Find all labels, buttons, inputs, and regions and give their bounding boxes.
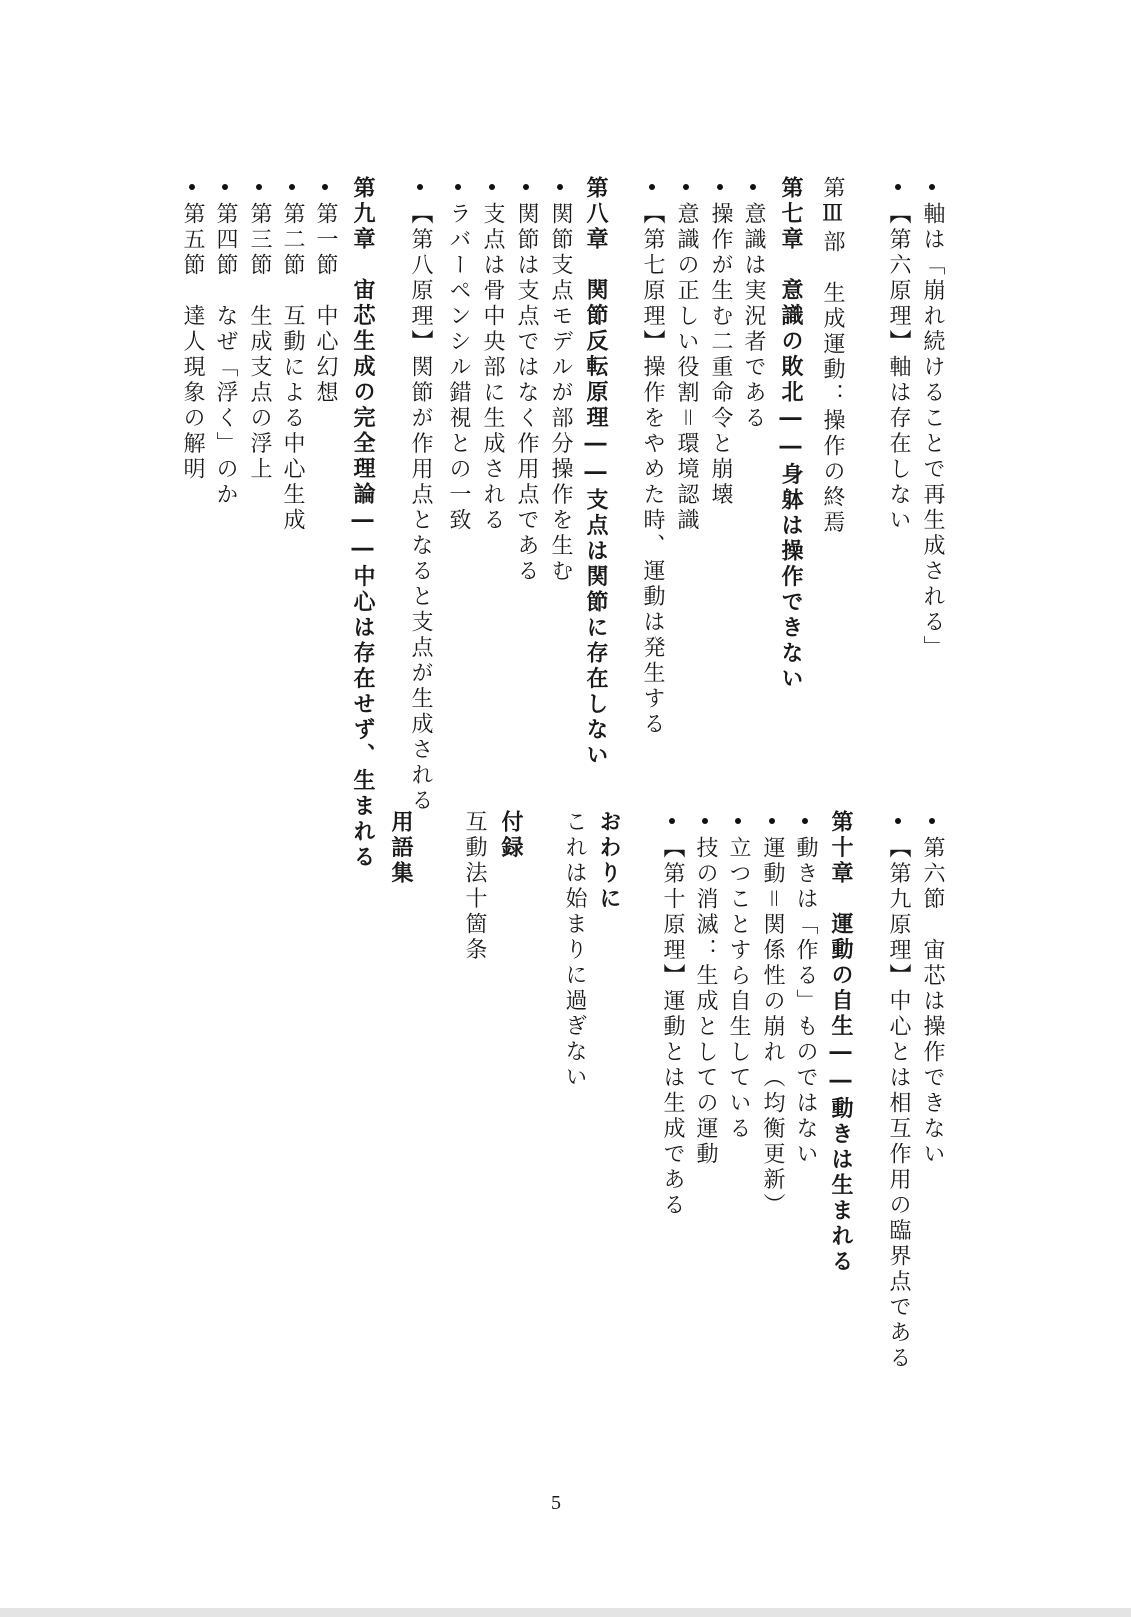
toc-entry-principle-7: 【第七原理】操作をやめた時、運動は発生する: [635, 202, 669, 738]
toc-entry-afterword-title: おわりに: [591, 810, 625, 912]
bullet-icon: [683, 184, 689, 190]
toc-entry-ch8-item-4: ラバーペンシル錯視との一致: [441, 202, 475, 534]
bullet-icon: [189, 184, 195, 190]
bullet-icon: [222, 184, 228, 190]
page-number: 5: [551, 1492, 561, 1515]
bullet-icon: [322, 184, 328, 190]
toc-entry-ch7-item-3: 意識の正しい役割＝環境認識: [669, 202, 703, 534]
toc-entry-ch7-item-1: 意識は実況者である: [736, 202, 770, 432]
toc-entry-ch10-item-2: 運動＝関係性の崩れ（均衡更新）: [755, 836, 789, 1219]
bullet-icon: [769, 818, 775, 824]
toc-entry-ch10-item-3: 立つことすら自生している: [721, 836, 755, 1142]
bullet-icon: [929, 184, 935, 190]
toc-entry-ch9-sec-3: 第三節 生成支点の浮上: [242, 202, 276, 483]
toc-entry-ch9-sec-2: 第二節 互動による中心生成: [275, 202, 309, 534]
toc-entry-ch7-item-2: 操作が生む二重命令と崩壊: [703, 202, 737, 508]
toc-entry-chapter-10: 第十章 運動の自生――動きは生まれる: [823, 810, 857, 1275]
toc-entry-chapter-9: 第九章 宙芯生成の完全理論――中心は存在せず、生まれる: [345, 176, 379, 871]
toc-entry-appendix-title: 付録: [493, 810, 527, 861]
toc-entry-principle-6: 【第六原理】軸は存在しない: [881, 202, 915, 534]
bullet-icon: [489, 184, 495, 190]
toc-entry-appendix-text: 互動法十箇条: [457, 810, 491, 963]
toc-entry-principle-10: 【第十原理】運動とは生成である: [655, 836, 689, 1219]
bullet-icon: [802, 818, 808, 824]
bullet-icon: [455, 184, 461, 190]
toc-entry-part-3: 第Ⅲ部 生成運動：操作の終焉: [815, 176, 849, 536]
bullet-icon: [256, 184, 262, 190]
bullet-icon: [289, 184, 295, 190]
bullet-icon: [750, 184, 756, 190]
page-bottom-edge: [0, 1608, 1131, 1617]
bullet-icon: [702, 818, 708, 824]
toc-entry-ch9-sec-4: 第四節 なぜ「浮く」のか: [208, 202, 242, 508]
toc-entry-ch8-item-3: 支点は骨中央部に生成される: [475, 202, 509, 534]
toc-entry-glossary-title: 用語集: [383, 810, 417, 887]
toc-entry-ch9-sec-5: 第五節 達人現象の解明: [175, 202, 209, 483]
bullet-icon: [417, 184, 423, 190]
toc-entry-afterword-text: これは始まりに過ぎない: [557, 810, 591, 1091]
bullet-icon: [717, 184, 723, 190]
bullet-icon: [895, 818, 901, 824]
toc-entry-ch9-sec-1: 第一節 中心幻想: [308, 202, 342, 406]
toc-entry-ch10-item-4: 技の消滅：生成としての運動: [688, 836, 722, 1168]
toc-entry-ch8-item-1: 関節支点モデルが部分操作を生む: [543, 202, 577, 585]
toc-entry-chapter-7: 第七章 意識の敗北――身躰は操作できない: [773, 176, 807, 692]
document-page: 軸は「崩れ続けることで再生成される」【第六原理】軸は存在しない第Ⅲ部 生成運動：…: [0, 0, 1131, 1608]
toc-entry-principle-8: 【第八原理】関節が作用点となると支点が生成される: [403, 202, 437, 814]
bullet-icon: [735, 818, 741, 824]
bullet-icon: [929, 818, 935, 824]
bullet-icon: [557, 184, 563, 190]
toc-entry-axis-regen: 軸は「崩れ続けることで再生成される」: [915, 202, 949, 661]
toc-entry-ch8-item-2: 関節は支点ではなく作用点である: [509, 202, 543, 585]
bullet-icon: [649, 184, 655, 190]
toc-entry-ch10-item-1: 動きは「作る」ものではない: [788, 836, 822, 1168]
toc-entry-ch9-sec-6: 第六節 宙芯は操作できない: [915, 836, 949, 1168]
bullet-icon: [895, 184, 901, 190]
bullet-icon: [669, 818, 675, 824]
toc-entry-chapter-8: 第八章 関節反転原理――支点は関節に存在しない: [578, 176, 612, 769]
toc-entry-principle-9: 【第九原理】中心とは相互作用の臨界点である: [881, 836, 915, 1372]
bullet-icon: [523, 184, 529, 190]
